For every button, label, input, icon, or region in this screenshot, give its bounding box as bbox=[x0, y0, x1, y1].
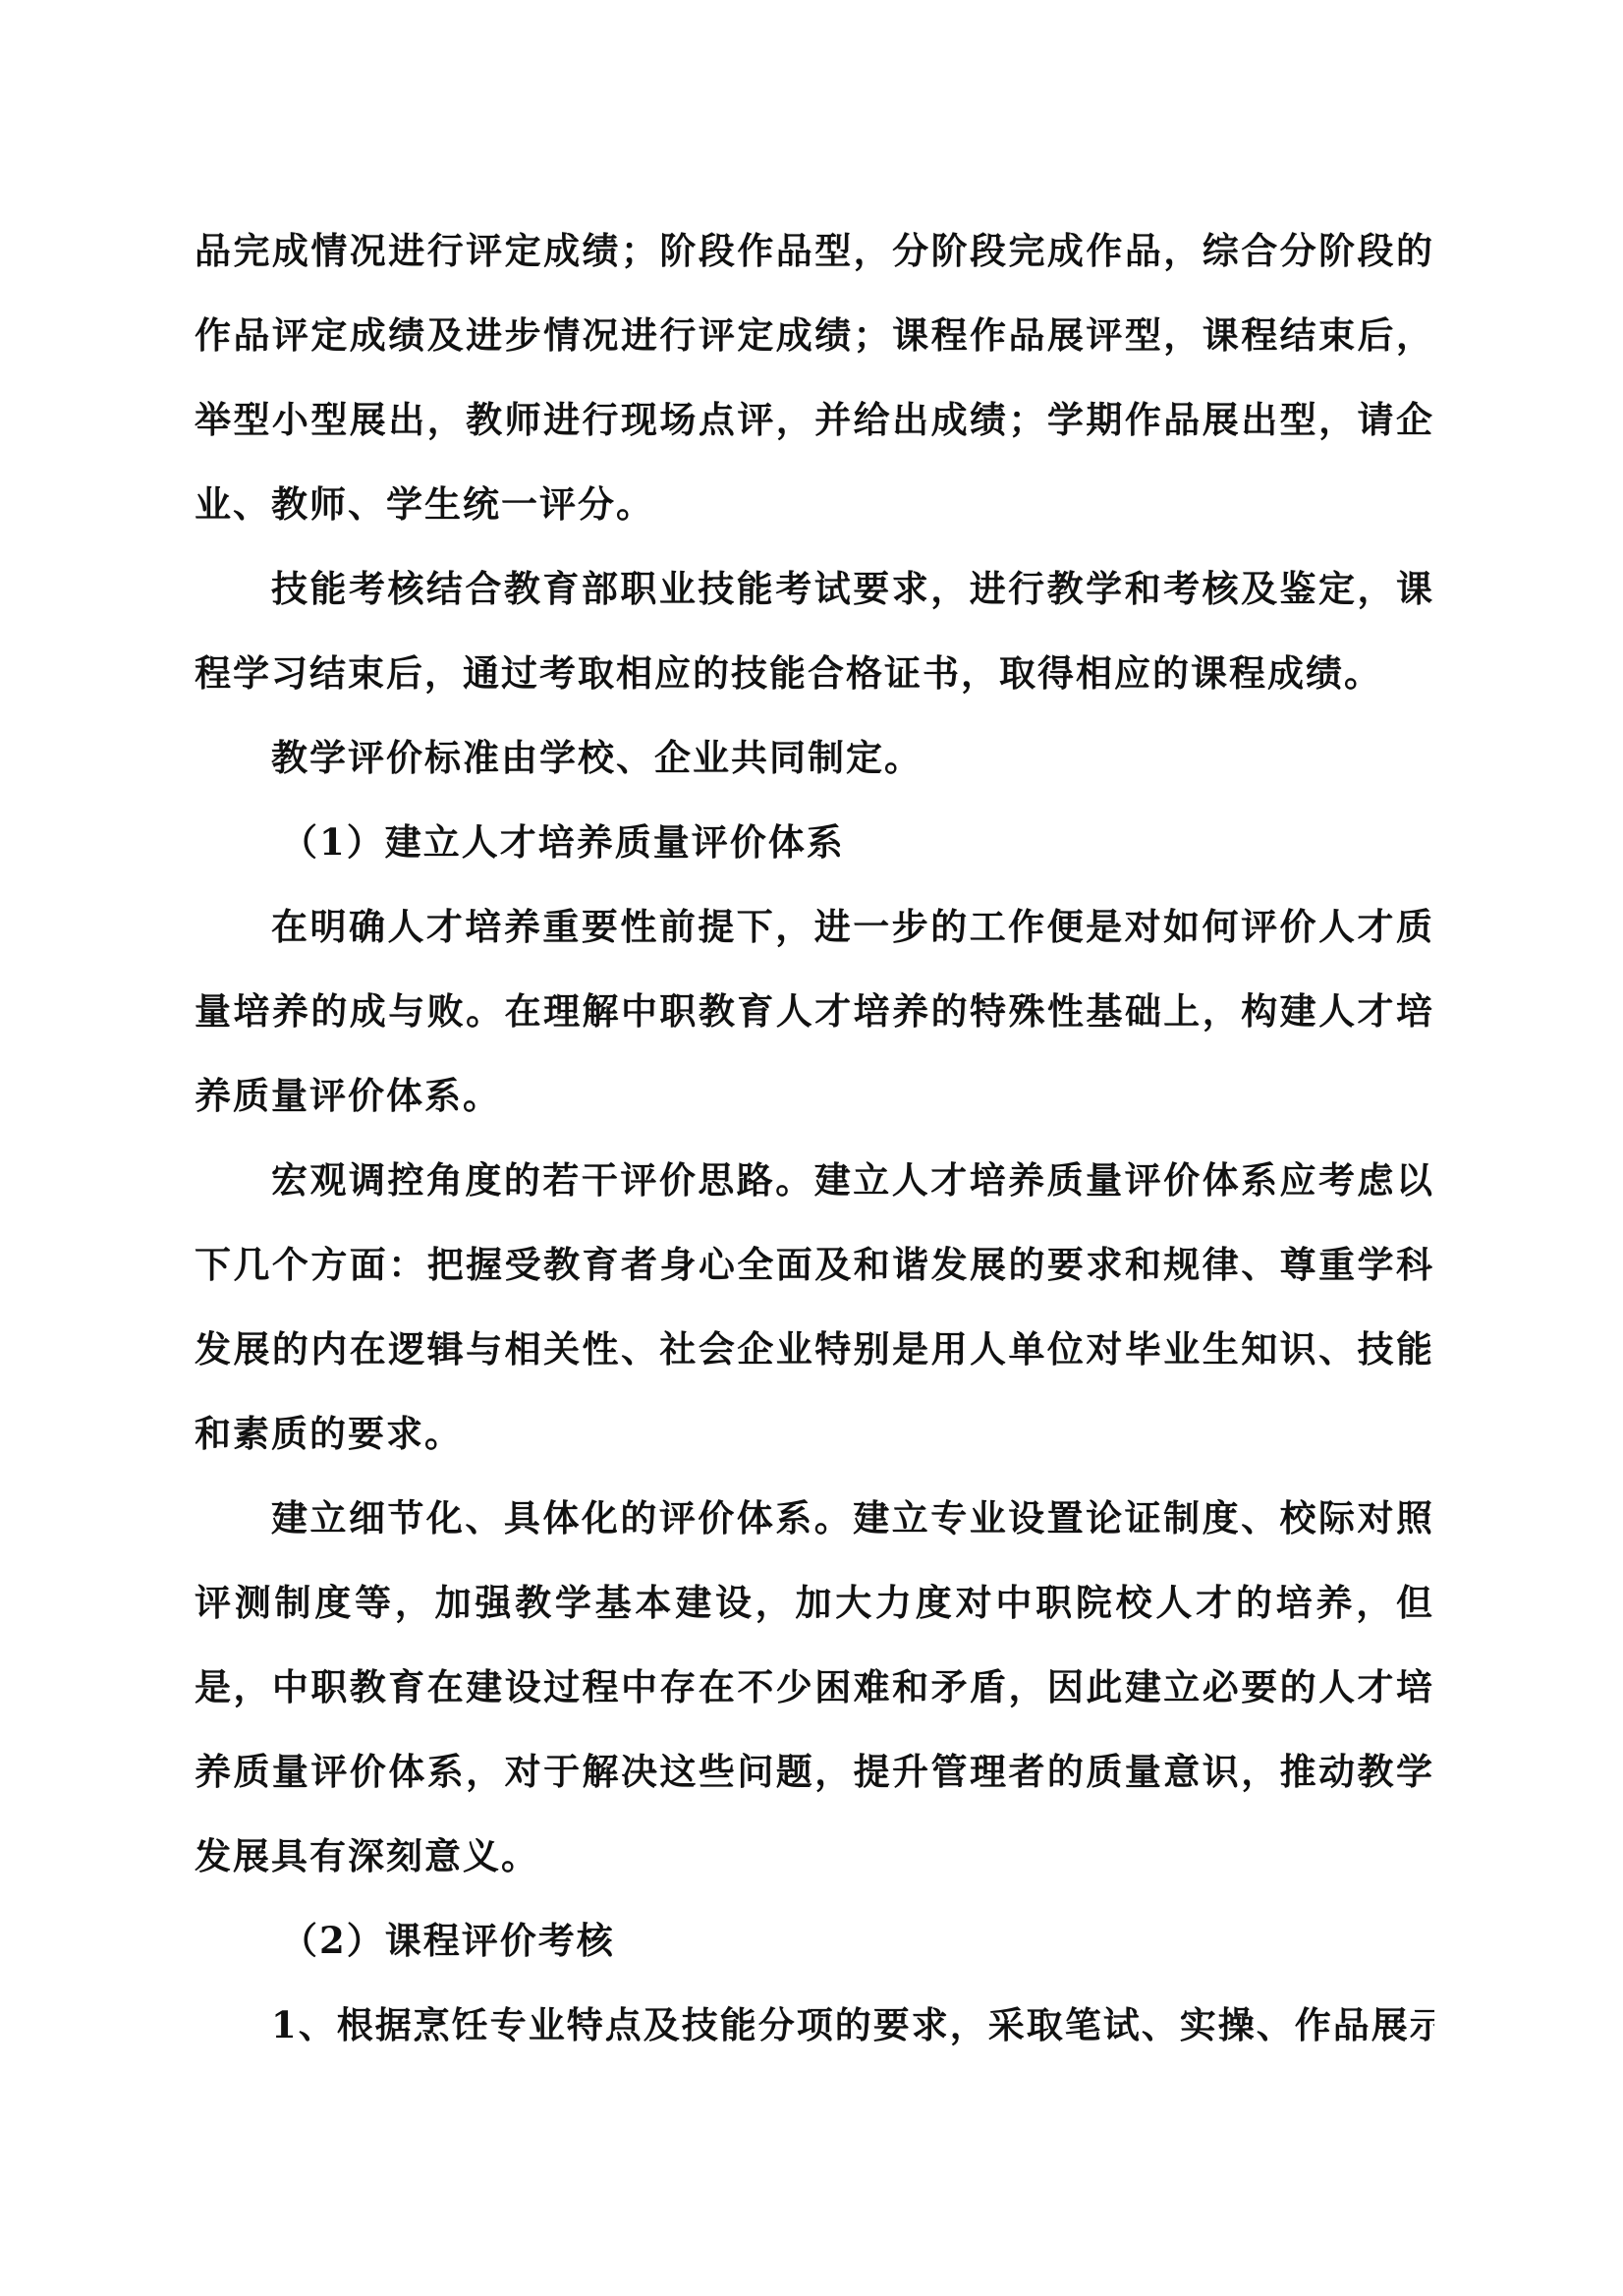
paragraph-talent-quality: 在明确人才培养重要性前提下，进一步的工作便是对如何评价人才质量培养的成与败。在理… bbox=[195, 884, 1434, 1138]
document-body: 品完成情况进行评定成绩；阶段作品型，分阶段完成作品，综合分阶段的作品评定成绩及进… bbox=[195, 208, 1434, 2067]
paragraph-detailed-system: 建立细节化、具体化的评价体系。建立专业设置论证制度、校际对照评测制度等，加强教学… bbox=[195, 1476, 1434, 1898]
section-heading-2: （2）课程评价考核 bbox=[195, 1898, 1434, 1983]
list-item-1: 1、根据烹饪专业特点及技能分项的要求，采取笔试、实操、作品展示、 bbox=[195, 1983, 1434, 2067]
paragraph-macro-regulation: 宏观调控角度的若干评价思路。建立人才培养质量评价体系应考虑以下几个方面：把握受教… bbox=[195, 1138, 1434, 1476]
paragraph-evaluation-standard: 教学评价标准由学校、企业共同制定。 bbox=[195, 715, 1434, 800]
document-page: 品完成情况进行评定成绩；阶段作品型，分阶段完成作品，综合分阶段的作品评定成绩及进… bbox=[0, 0, 1623, 2296]
paragraph-skill-assessment: 技能考核结合教育部职业技能考试要求，进行教学和考核及鉴定，课程学习结束后，通过考… bbox=[195, 546, 1434, 715]
section-heading-1: （1）建立人才培养质量评价体系 bbox=[195, 800, 1434, 884]
paragraph-continuation: 品完成情况进行评定成绩；阶段作品型，分阶段完成作品，综合分阶段的作品评定成绩及进… bbox=[195, 208, 1434, 546]
